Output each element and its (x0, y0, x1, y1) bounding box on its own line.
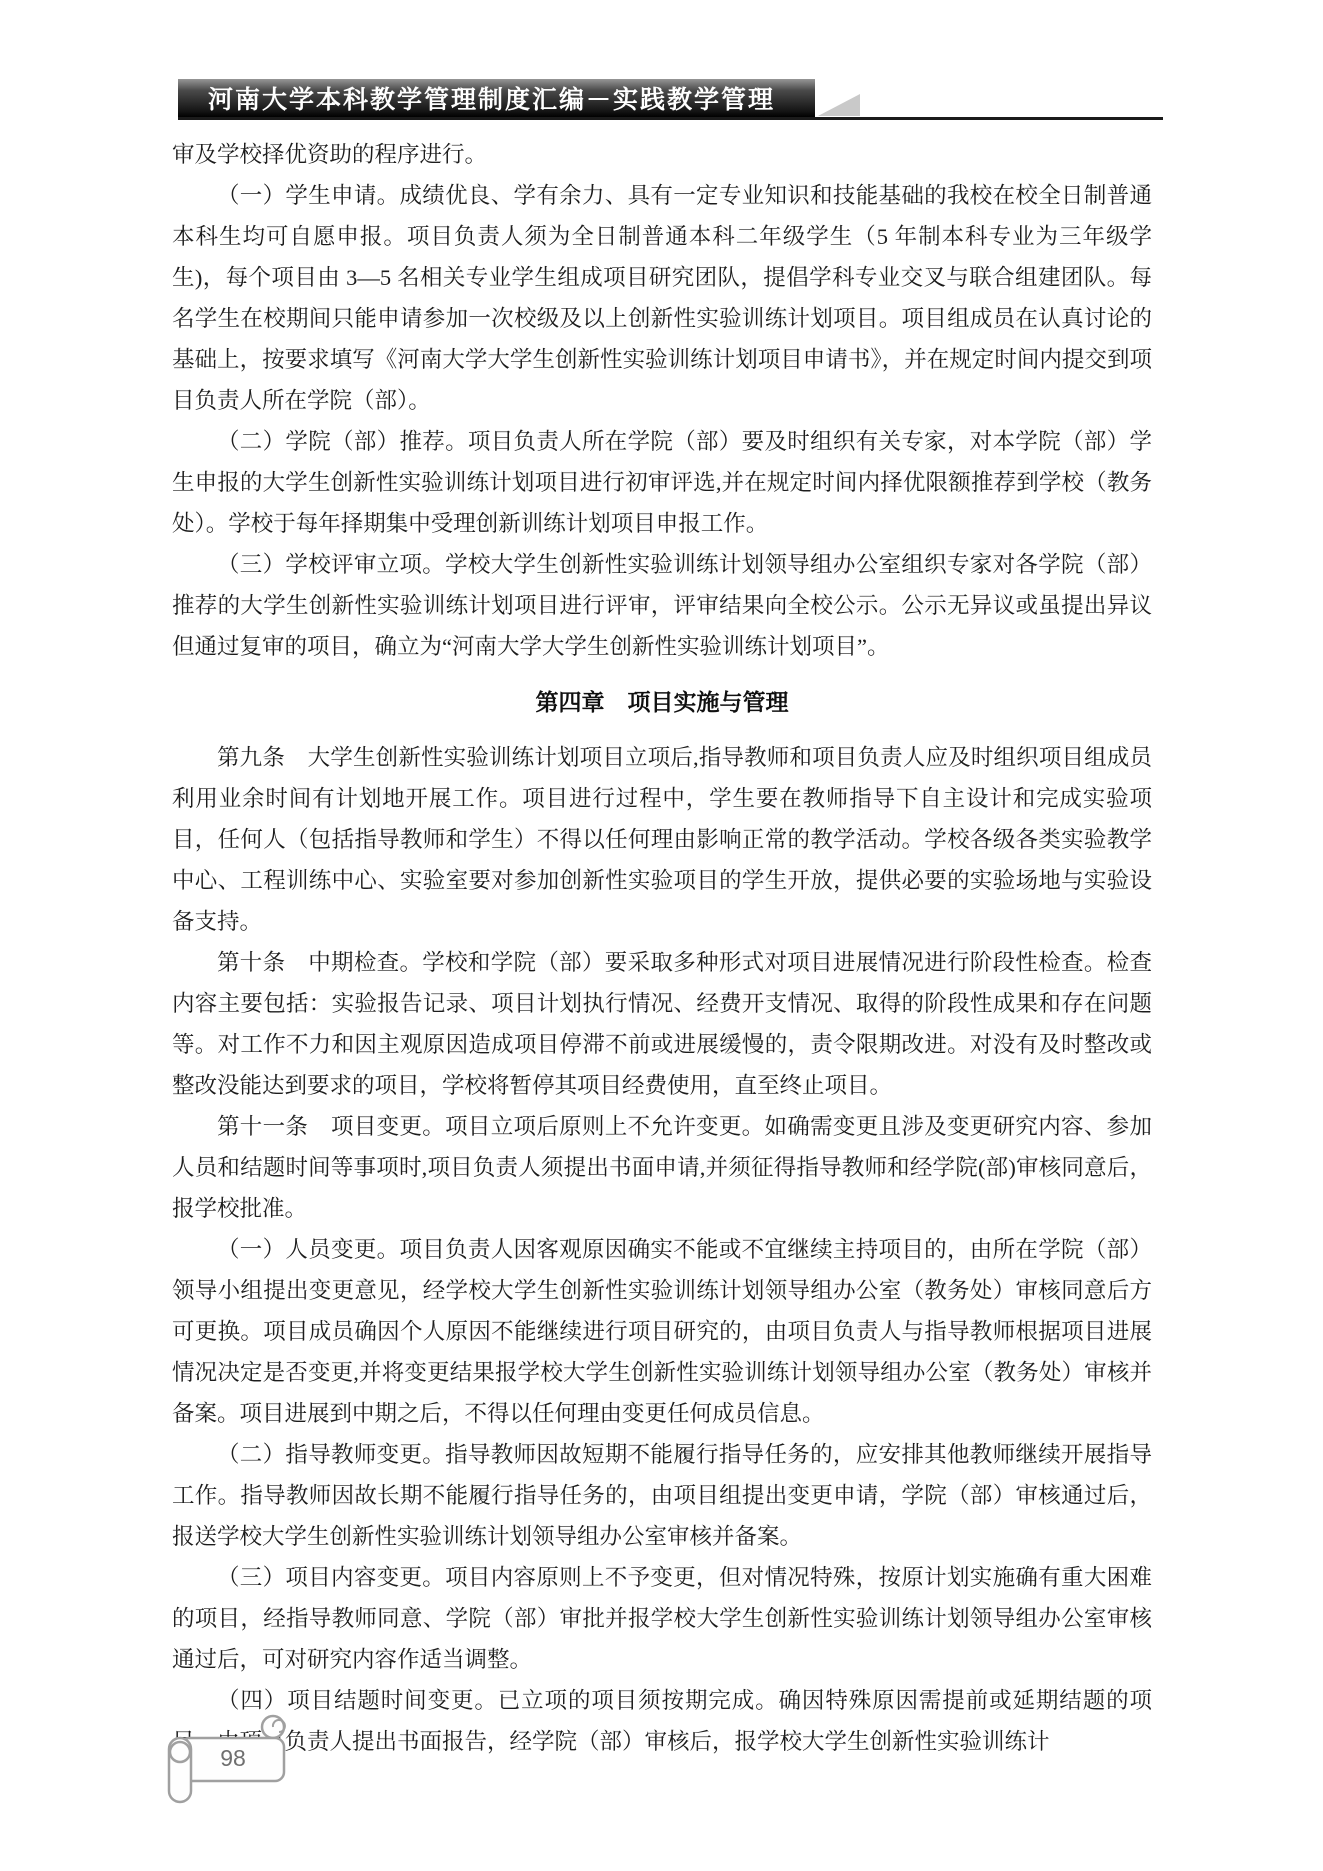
paragraph: （二）指导教师变更。指导教师因故短期不能履行指导任务的，应安排其他教师继续开展指… (172, 1434, 1152, 1557)
chapter-heading: 第四章 项目实施与管理 (172, 682, 1152, 723)
paragraph: （一）人员变更。项目负责人因客观原因确实不能或不宜继续主持项目的，由所在学院（部… (172, 1229, 1152, 1434)
paragraph: （一）学生申请。成绩优良、学有余力、具有一定专业知识和技能基础的我校在校全日制普… (172, 175, 1152, 421)
paragraph: 第十条 中期检查。学校和学院（部）要采取多种形式对项目进展情况进行阶段性检查。检… (172, 942, 1152, 1106)
header-ribbon-icon (818, 94, 860, 116)
paragraph: 第九条 大学生创新性实验训练计划项目立项后,指导教师和项目负责人应及时组织项目组… (172, 737, 1152, 942)
paragraph: （四）项目结题时间变更。已立项的项目须按期完成。确因特殊原因需提前或延期结题的项… (172, 1680, 1152, 1762)
paragraph: （三）学校评审立项。学校大学生创新性实验训练计划领导组办公室组织专家对各学院（部… (172, 544, 1152, 667)
page-number: 98 (182, 1744, 284, 1772)
paragraph: 审及学校择优资助的程序进行。 (172, 134, 1152, 175)
paragraph: （二）学院（部）推荐。项目负责人所在学院（部）要及时组织有关专家，对本学院（部）… (172, 421, 1152, 544)
paragraph: 第十一条 项目变更。项目立项后原则上不允许变更。如确需变更且涉及变更研究内容、参… (172, 1106, 1152, 1229)
header-bar: 河南大学本科教学管理制度汇编－实践教学管理 (178, 79, 815, 117)
paragraph: （三）项目内容变更。项目内容原则上不予变更，但对情况特殊，按原计划实施确有重大困… (172, 1557, 1152, 1680)
header-title: 河南大学本科教学管理制度汇编－实践教学管理 (208, 80, 775, 116)
document-page: 河南大学本科教学管理制度汇编－实践教学管理 审及学校择优资助的程序进行。 （一）… (0, 0, 1323, 1871)
header-rule (178, 117, 1163, 120)
document-body: 审及学校择优资助的程序进行。 （一）学生申请。成绩优良、学有余力、具有一定专业知… (172, 134, 1152, 1762)
